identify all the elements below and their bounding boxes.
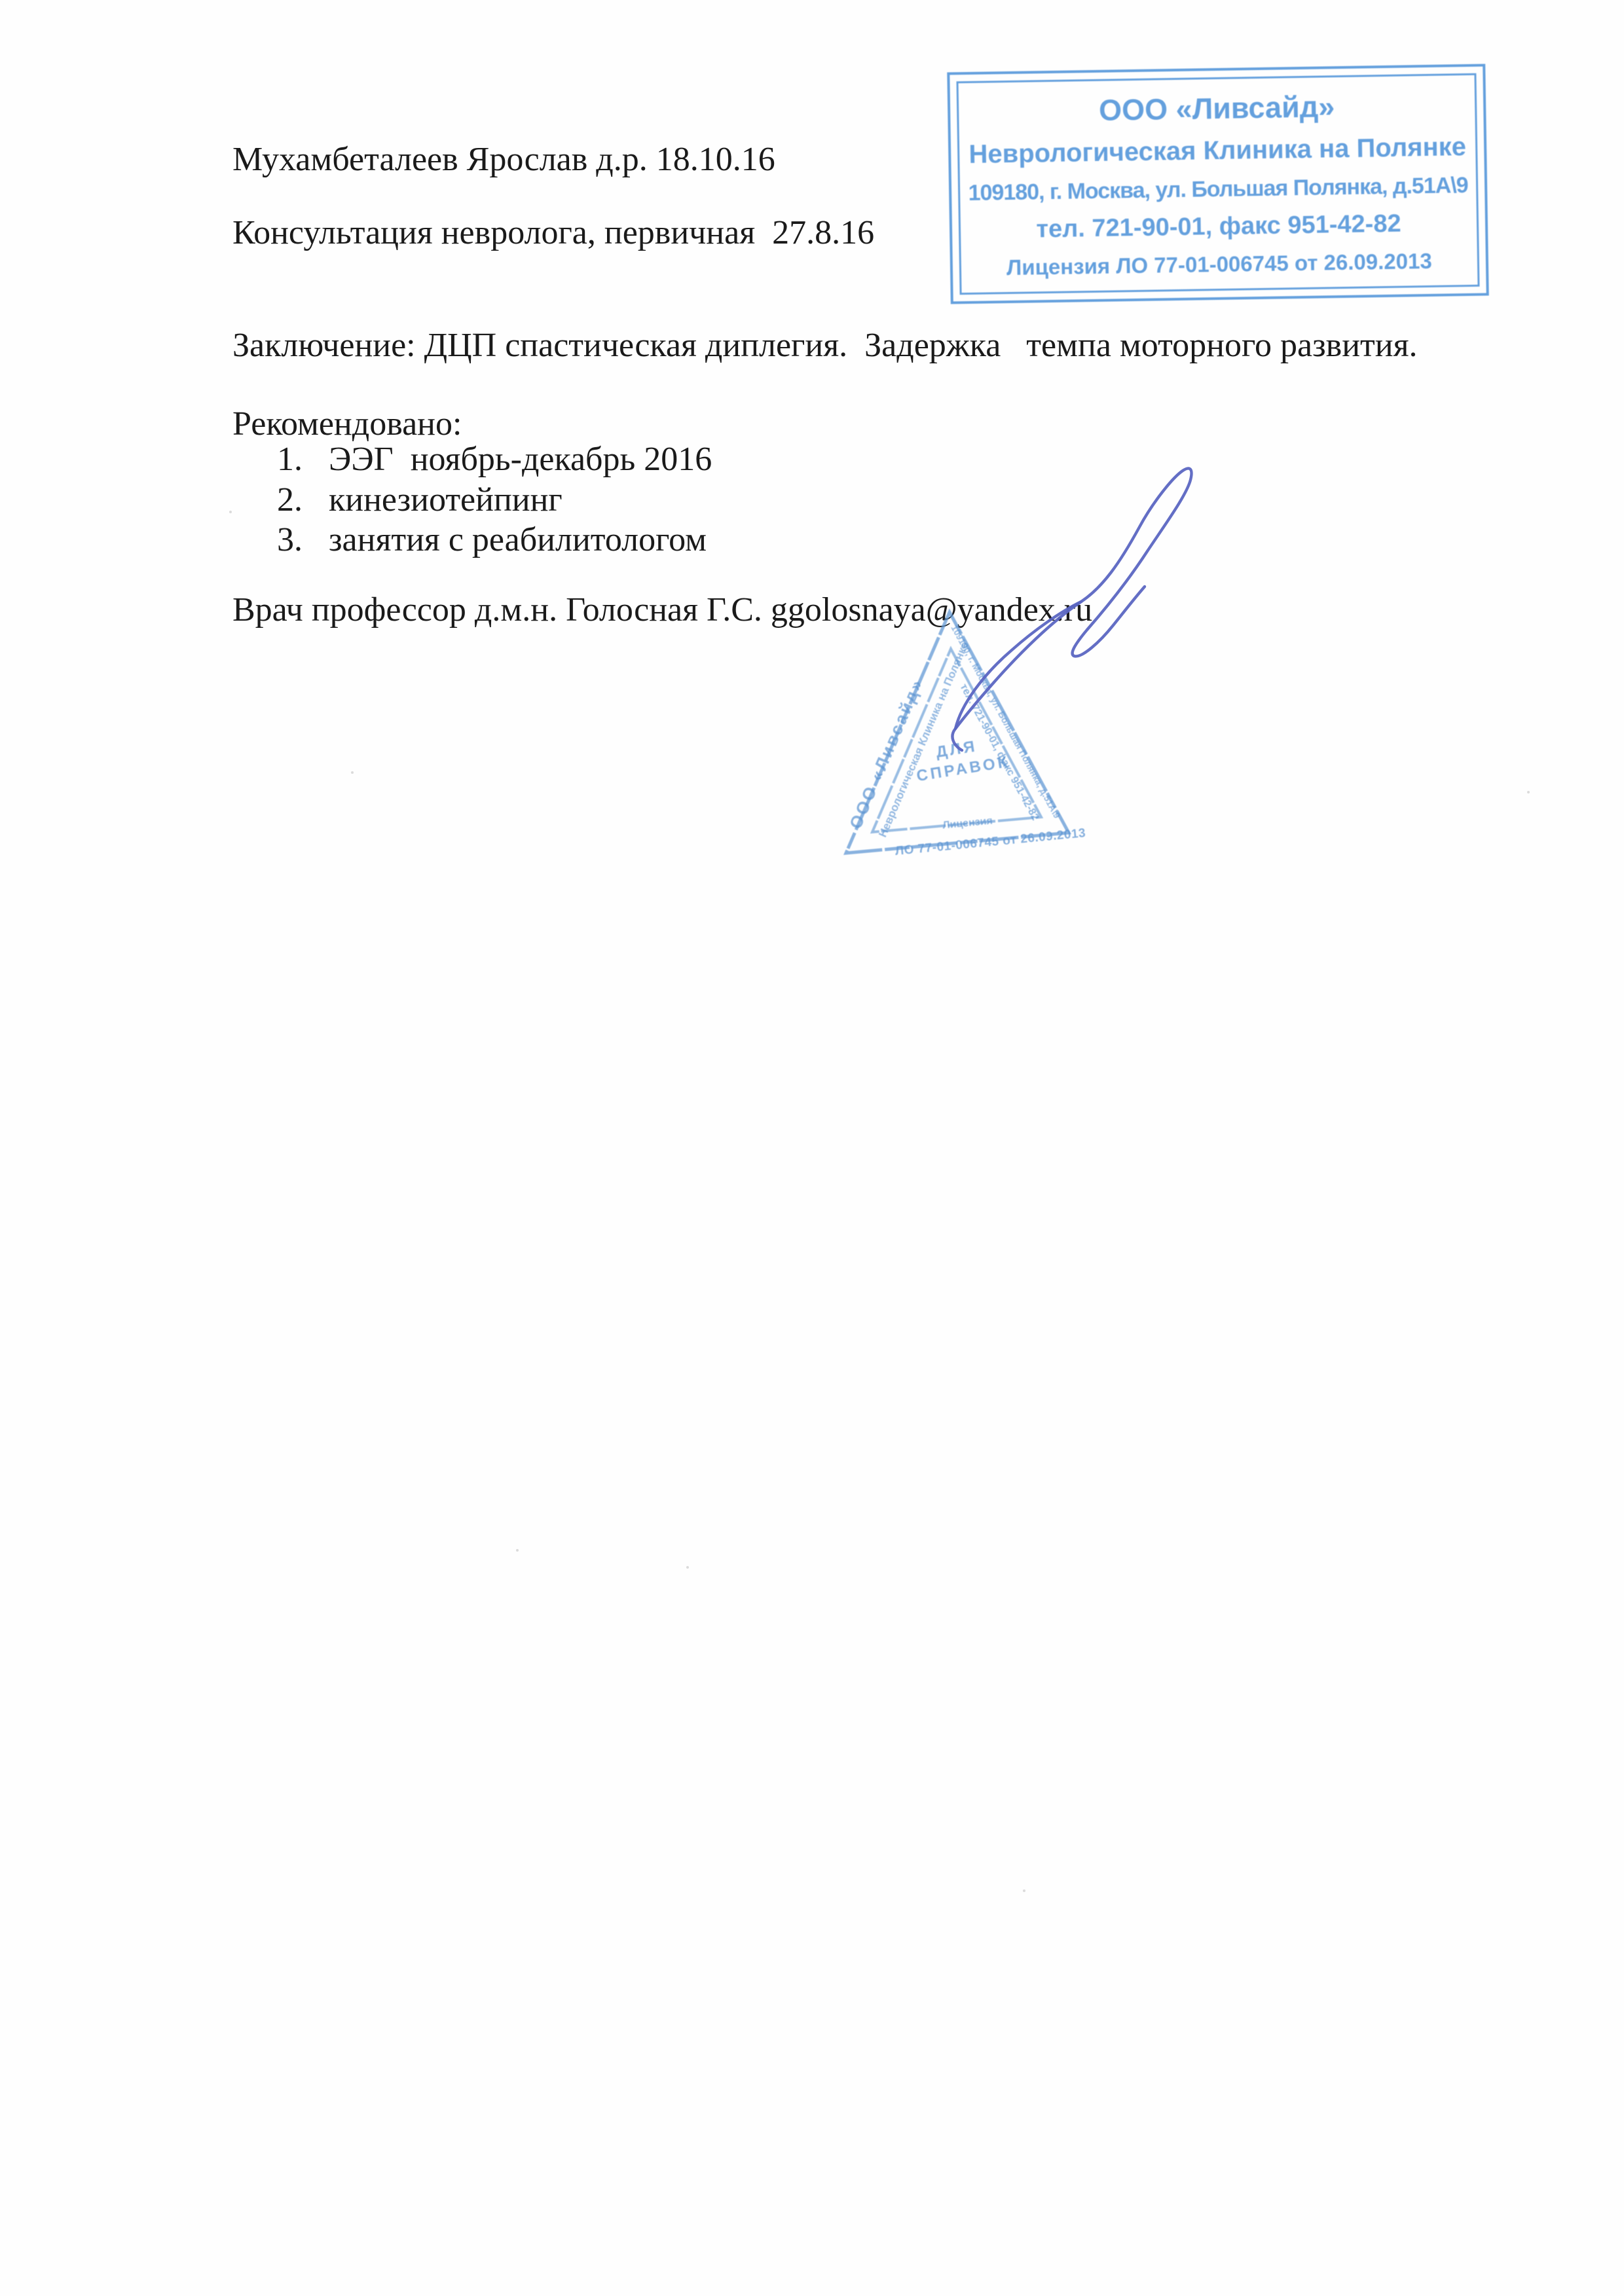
triangle-inner-border <box>872 649 1041 832</box>
triangle-stamp: ООО «Ливсайд» Неврологическая Клиника на… <box>845 612 1086 858</box>
recommendation-number: 2. <box>277 481 303 519</box>
clinic-rect-stamp: ООО «Ливсайд» Неврологическая Клиника на… <box>947 64 1488 304</box>
conclusion-line: Заключение: ДЦП спастическая диплегия. З… <box>232 326 1418 365</box>
triangle-center-text-line2: СПРАВОК <box>915 753 1011 785</box>
recommendation-item: 3. занятия с реабилитологом <box>0 520 34 675</box>
triangle-left-inner-text: Неврологическая Клиника на Полянке <box>876 640 971 839</box>
triangle-right-outer-text: 109180, г. Москва, ул. Большая Полянка, … <box>949 623 1062 820</box>
scan-speck <box>686 1566 689 1569</box>
consultation-line: Консультация невролога, первичная 27.8.1… <box>232 213 874 253</box>
recommendation-text: кинезиотейпинг <box>329 481 563 519</box>
scan-speck <box>1527 791 1530 793</box>
stamp-license: Лицензия ЛО 77-01-006745 от 26.09.2013 <box>1006 248 1432 280</box>
triangle-center-text-line1: ДЛЯ <box>935 737 979 761</box>
recommendation-number: 3. <box>277 520 303 559</box>
scan-speck <box>1023 1889 1025 1892</box>
triangle-outer-border <box>846 612 1069 853</box>
scan-speck <box>229 511 232 513</box>
triangle-right-inner-text: тел. 721-90-01, факс 951-42-82 <box>957 682 1041 822</box>
scanned-document-page: Мухамбеталеев Ярослав д.р. 18.10.16 Конс… <box>0 0 1624 2296</box>
recommendation-text: занятия с реабилитологом <box>329 520 707 559</box>
stamp-org-name: ООО «Ливсайд» <box>1099 90 1335 128</box>
stamp-phone: тел. 721-90-01, факс 951-42-82 <box>1036 210 1401 244</box>
recommendations-title: Рекомендовано: <box>232 405 462 444</box>
stamp-address: 109180, г. Москва, ул. Большая Полянка, … <box>968 173 1468 206</box>
scan-speck <box>351 771 354 774</box>
doctor-line: Врач профессор д.м.н. Голосная Г.С. ggol… <box>232 591 1092 630</box>
triangle-bottom-license-number: ЛО 77-01-006745 от 26.09.2013 <box>895 826 1086 858</box>
recommendation-number: 1. <box>277 440 303 479</box>
patient-line: Мухамбеталеев Ярослав д.р. 18.10.16 <box>232 140 775 179</box>
stamp-clinic-name: Неврологическая Клиника на Полянке <box>969 132 1466 170</box>
triangle-left-outer-text: ООО «Ливсайд» <box>845 675 927 831</box>
clinic-rect-stamp-border: ООО «Ливсайд» Неврологическая Клиника на… <box>956 73 1479 295</box>
scan-speck <box>516 1549 519 1552</box>
recommendation-text: ЭЭГ ноябрь-декабрь 2016 <box>329 440 712 479</box>
triangle-bottom-license-label: Лицензия <box>942 815 993 831</box>
